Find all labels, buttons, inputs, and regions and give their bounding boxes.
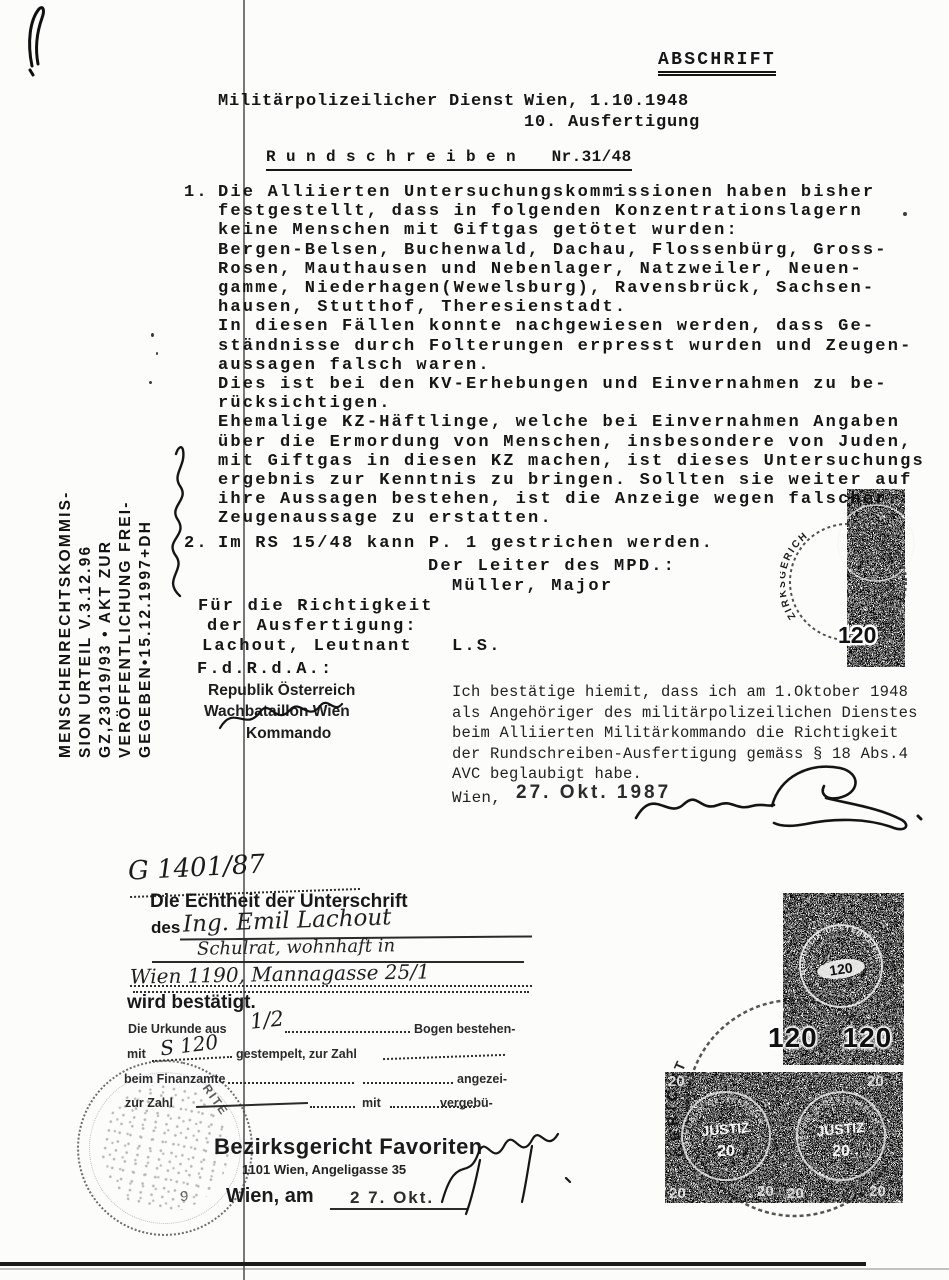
main-signature [630,756,930,844]
fee-120: 120 [838,622,876,648]
leader-name: Müller, Major [452,577,613,596]
authenticity-of: des [151,918,180,938]
form-row3-label: beim Finanzamte [124,1072,225,1086]
corner-20: 20 [787,1185,804,1202]
fdrda-line: F.d.R.d.A.: [197,660,333,679]
ink-speck [156,352,158,355]
form-row4-dotline1 [310,1105,355,1108]
form-row3-label2: angezei- [457,1072,507,1086]
corner-20: 20 [669,1185,686,1202]
place-date: Wien, 1.10.1948 [524,92,689,111]
copy-number: 10. Ausfertigung [524,113,700,132]
handwritten-address-underline1 [130,984,532,987]
title-number: Nr.31/48 [552,148,632,166]
corner-20: 20 [867,1073,884,1090]
unit-signature-squiggle [216,696,346,738]
form-row3-dotline1 [228,1081,354,1084]
corner-20: 20 [869,1183,886,1200]
handwritten-title: Schulrat, wohnhaft in [197,935,395,959]
form-row4-label: zur Zahl [125,1096,173,1110]
seal-abbr: L.S. [452,637,502,656]
item2-text: Im RS 15/48 kann P. 1 gestrichen werden. [218,534,714,553]
form-row1-dotline [285,1030,410,1033]
stamp20-right-value: 20 [832,1143,850,1160]
form-row1-label2: Bogen bestehen- [414,1022,515,1036]
cancel-digits-row: 120 120 [768,1022,892,1054]
document-tag: ABSCHRIFT [658,50,776,76]
correctness-line3: Lachout, Leutnant [202,637,413,656]
title-underline-wrap: R u n d s c h r e i b e n Nr.31/48 [266,148,632,171]
cert-place: Wien, [452,788,501,809]
court-seal-arc-text-holder: ZIRKSGERICH [780,530,811,622]
form-row2-label: mit [127,1047,146,1061]
margin-release-note: MENSCHENRECHTSKOMMIS- SION URTEIL V.3.12… [56,478,156,758]
item1-text: Die Alliierten Untersuchungskommissionen… [218,183,938,529]
title-word: R u n d s c h r e i b e n [266,148,516,166]
stamp120-value: 120 [828,959,854,978]
ink-speck [149,381,152,384]
ink-speck [151,333,154,337]
court-seal-arc-text: ZIRKSGERICH [780,530,811,622]
corner-20: 20 [668,1073,685,1090]
court-clerk-signature [428,1118,578,1222]
correctness-line1: Für die Richtigkeit [198,597,434,616]
court-stamp-mid-right: ZIRKSGERICH 120 120 [780,485,949,675]
scan-edge-line-faint [0,1268,949,1270]
item1-number: 1. [184,183,209,202]
revenue-stamp-20-pair: REPUBLIK·OESTERREICH JUSTIZ 20 REPUBLIK·… [665,1072,903,1203]
court-date-label: Wien, am [226,1185,314,1208]
form-row1-handwritten: 1/2 [249,1006,285,1033]
form-row4-label2: mit [362,1096,381,1110]
sender-line: Militärpolizeilicher Dienst [218,92,515,111]
correctness-line2: der Ausfertigung: [207,617,418,636]
faint-digit: 9 [180,1188,188,1205]
pen-mark-topleft [16,4,52,78]
stamp20-left-value: 20 [717,1143,735,1160]
corner-20: 20 [757,1183,774,1200]
court-date-stamp: 2 7. Okt. [350,1188,434,1208]
court-address: 1101 Wien, Angeligasse 35 [242,1162,406,1177]
scanned-document-page: ABSCHRIFT Militärpolizeilicher Dienst Wi… [0,0,949,1280]
form-row2-label2: gestempelt, zur Zahl [236,1047,357,1061]
form-row2-dotline2 [383,1053,505,1060]
margin-signature [150,440,198,604]
authenticity-confirm: wird bestätigt. [127,992,256,1014]
form-row3-dotline2 [363,1081,453,1084]
form-row4-label3: vergebü- [440,1096,493,1110]
leader-role: Der Leiter des MPD.: [428,557,676,576]
scan-edge-line [0,1262,866,1266]
